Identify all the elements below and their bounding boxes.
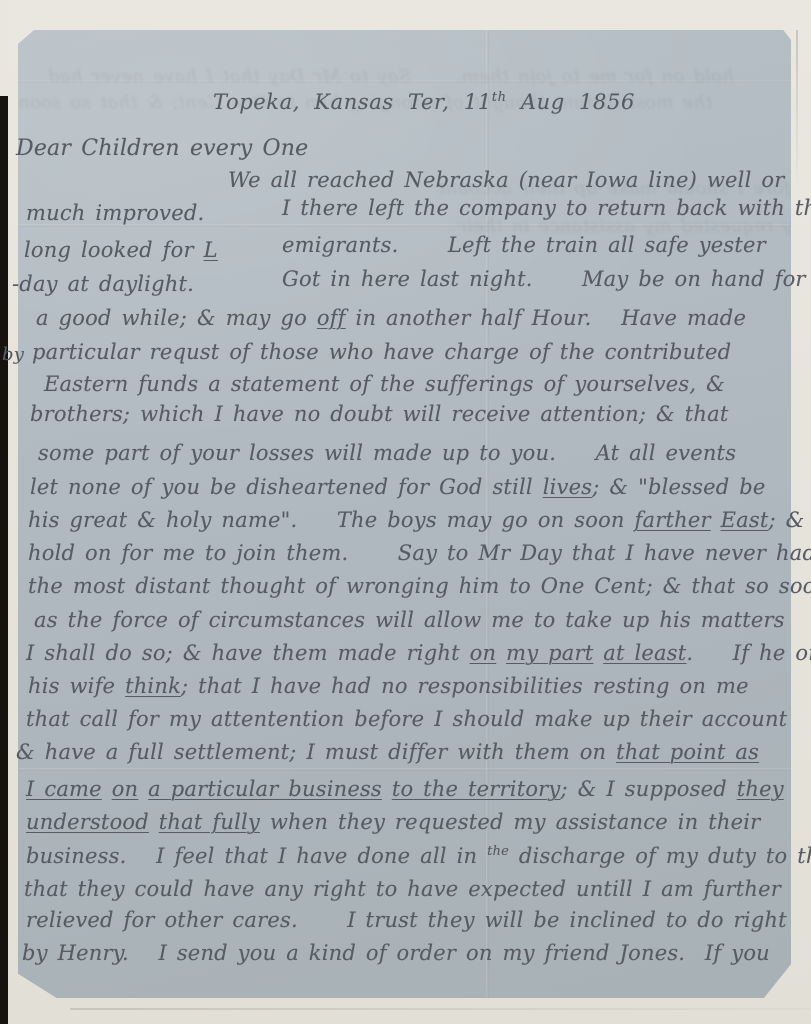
letter-text-segment: lives: [543, 475, 593, 499]
letter-text-segment: relieved for other cares. I trust they w…: [26, 908, 787, 932]
letter-text-segment: in another half Hour. Have made: [346, 306, 746, 330]
letter-text-segment: business. I feel that I have done all in: [26, 844, 487, 868]
mat-seam: [70, 1008, 811, 1010]
letter-text-segment: We all reached Nebraska (near Iowa line)…: [228, 168, 784, 192]
letter-text-segment: the: [487, 844, 509, 859]
letter-text-segment: emigrants. Left the train all safe yeste…: [282, 233, 766, 257]
letter-line: a good while; & may go off in another ha…: [36, 306, 746, 330]
letter-line: & have a full settlement; I must differ …: [16, 740, 759, 764]
letter-text-segment: long looked for: [24, 238, 204, 262]
letter-text-segment: [496, 641, 506, 665]
dateline: Topeka, Kansas Ter, 11th Aug 1856: [213, 90, 635, 114]
letter-text-segment: that point as: [616, 740, 759, 764]
letter-line: by Henry. I send you a kind of order on …: [22, 941, 770, 965]
letter-text-segment: Got in here last night. May be on hand f…: [282, 267, 806, 291]
letter-line: relieved for other cares. I trust they w…: [26, 908, 787, 932]
bleedthrough-line: hold on for me to join them. Say to Mr D…: [48, 66, 734, 87]
letter-text-segment: ; & I supposed: [560, 777, 736, 801]
letter-line: Eastern funds a statement of the sufferi…: [44, 372, 725, 396]
letter-text-segment: ; that I have had no responsibilities re…: [181, 674, 749, 698]
fold-crease-horizontal: [18, 768, 791, 771]
letter-line: I there left the company to return back …: [282, 196, 811, 220]
letter-text-segment: when they requested my assistance in the…: [260, 810, 760, 834]
letter-text-segment: [593, 641, 603, 665]
letter-text-segment: they: [737, 777, 784, 801]
mat-left-notch: [0, 0, 9, 96]
letter-line: as the force of circumstances will allow…: [34, 608, 785, 632]
letter-text-segment: much improved.: [26, 201, 204, 225]
letter-line: -day at daylight.: [12, 272, 194, 296]
letter-text-segment: [382, 777, 392, 801]
letter-line: hold on for me to join them. Say to Mr D…: [28, 541, 811, 565]
letter-text-segment: to the territory: [392, 777, 561, 801]
letter-text-segment: Dear Children every One: [16, 136, 308, 161]
letter-text-segment: particular requst of those who have char…: [32, 340, 731, 364]
letter-line: brothers; which I have no doubt will rec…: [30, 402, 729, 426]
letter-line: let none of you be disheartened for God …: [30, 475, 766, 499]
letter-text-segment: off: [317, 306, 346, 330]
letter-text-segment: understood: [26, 810, 149, 834]
mat-seam: [796, 30, 798, 190]
letter-line: business. I feel that I have done all in…: [26, 844, 811, 868]
letter-text-segment: his great & holy name". The boys may go …: [28, 508, 635, 532]
scanned-letter-page: { "page": { "background_color": "#16130e…: [0, 0, 811, 1024]
letter-text-segment: on: [470, 641, 497, 665]
letter-text-segment: ; & may: [768, 508, 811, 532]
letter-text-segment: the most distant thought of wronging him…: [28, 574, 811, 598]
letter-text-segment: let none of you be disheartened for God …: [30, 475, 543, 499]
letter-text-segment: that call for my attentention before I s…: [26, 707, 787, 731]
letter-line: his great & holy name". The boys may go …: [28, 508, 811, 532]
letter-text-segment: -day at daylight.: [12, 272, 194, 296]
letter-line: long looked for L: [24, 238, 218, 262]
letter-text-segment: Aug 1856: [507, 90, 635, 114]
margin-note: by: [2, 344, 24, 365]
letter-line: particular requst of those who have char…: [32, 340, 731, 364]
letter-line: some part of your losses will made up to…: [38, 441, 736, 465]
letter-text-segment: . If he or: [686, 641, 811, 665]
letter-text-segment: hold on for me to join them. Say to Mr D…: [28, 541, 811, 565]
letter-text-segment: at least: [603, 641, 686, 665]
letter-text-segment: I shall do so; & have them made right: [26, 641, 470, 665]
letter-text-segment: by Henry. I send you a kind of order on …: [22, 941, 770, 965]
letter-text-segment: [711, 508, 721, 532]
letter-text-segment: my part: [506, 641, 593, 665]
letter-text-segment: I there left the company to return back …: [282, 196, 811, 220]
letter-text-segment: brothers; which I have no doubt will rec…: [30, 402, 729, 426]
letter-line: that call for my attentention before I s…: [26, 707, 787, 731]
letter-text-segment: [138, 777, 148, 801]
letter-text-segment: his wife: [28, 674, 125, 698]
letter-text-segment: think: [125, 674, 181, 698]
letter-line: much improved.: [26, 201, 204, 225]
letter-text-segment: some part of your losses will made up to…: [38, 441, 736, 465]
letter-line: understood that fully when they requeste…: [26, 810, 760, 834]
letter-text-segment: on: [112, 777, 139, 801]
letter-line: Got in here last night. May be on hand f…: [282, 267, 806, 291]
letter-text-segment: & have a full settlement; I must differ …: [16, 740, 616, 764]
letter-line: his wife think; that I have had no respo…: [28, 674, 749, 698]
letter-line: We all reached Nebraska (near Iowa line)…: [228, 168, 784, 192]
letter-text-segment: ; & "blessed be: [592, 475, 765, 499]
letter-text-segment: th: [492, 90, 507, 105]
letter-text-segment: Topeka, Kansas Ter, 11: [213, 90, 492, 114]
letter-line: emigrants. Left the train all safe yeste…: [282, 233, 766, 257]
letter-text-segment: a particular business: [148, 777, 382, 801]
letter-text-segment: that they could have any right to have e…: [24, 877, 781, 901]
letter-line: the most distant thought of wronging him…: [28, 574, 811, 598]
letter-text-segment: by: [2, 344, 24, 365]
letter-line: that they could have any right to have e…: [24, 877, 781, 901]
letter-text-segment: Eastern funds a statement of the sufferi…: [44, 372, 725, 396]
letter-text-segment: East: [721, 508, 769, 532]
letter-text-segment: as the force of circumstances will allow…: [34, 608, 785, 632]
letter-text-segment: farther: [635, 508, 711, 532]
letter-text-segment: [149, 810, 159, 834]
letter-text-segment: discharge of my duty to them: [509, 844, 811, 868]
letter-text-segment: [102, 777, 112, 801]
letter-line: I shall do so; & have them made right on…: [26, 641, 811, 665]
letter-text-segment: a good while; & may go: [36, 306, 317, 330]
letter-text-segment: that fully: [159, 810, 260, 834]
letter-line: I came on a particular business to the t…: [26, 777, 784, 801]
salutation: Dear Children every One: [16, 136, 308, 161]
letter-text-segment: I came: [26, 777, 102, 801]
letter-text-segment: L: [204, 238, 218, 262]
